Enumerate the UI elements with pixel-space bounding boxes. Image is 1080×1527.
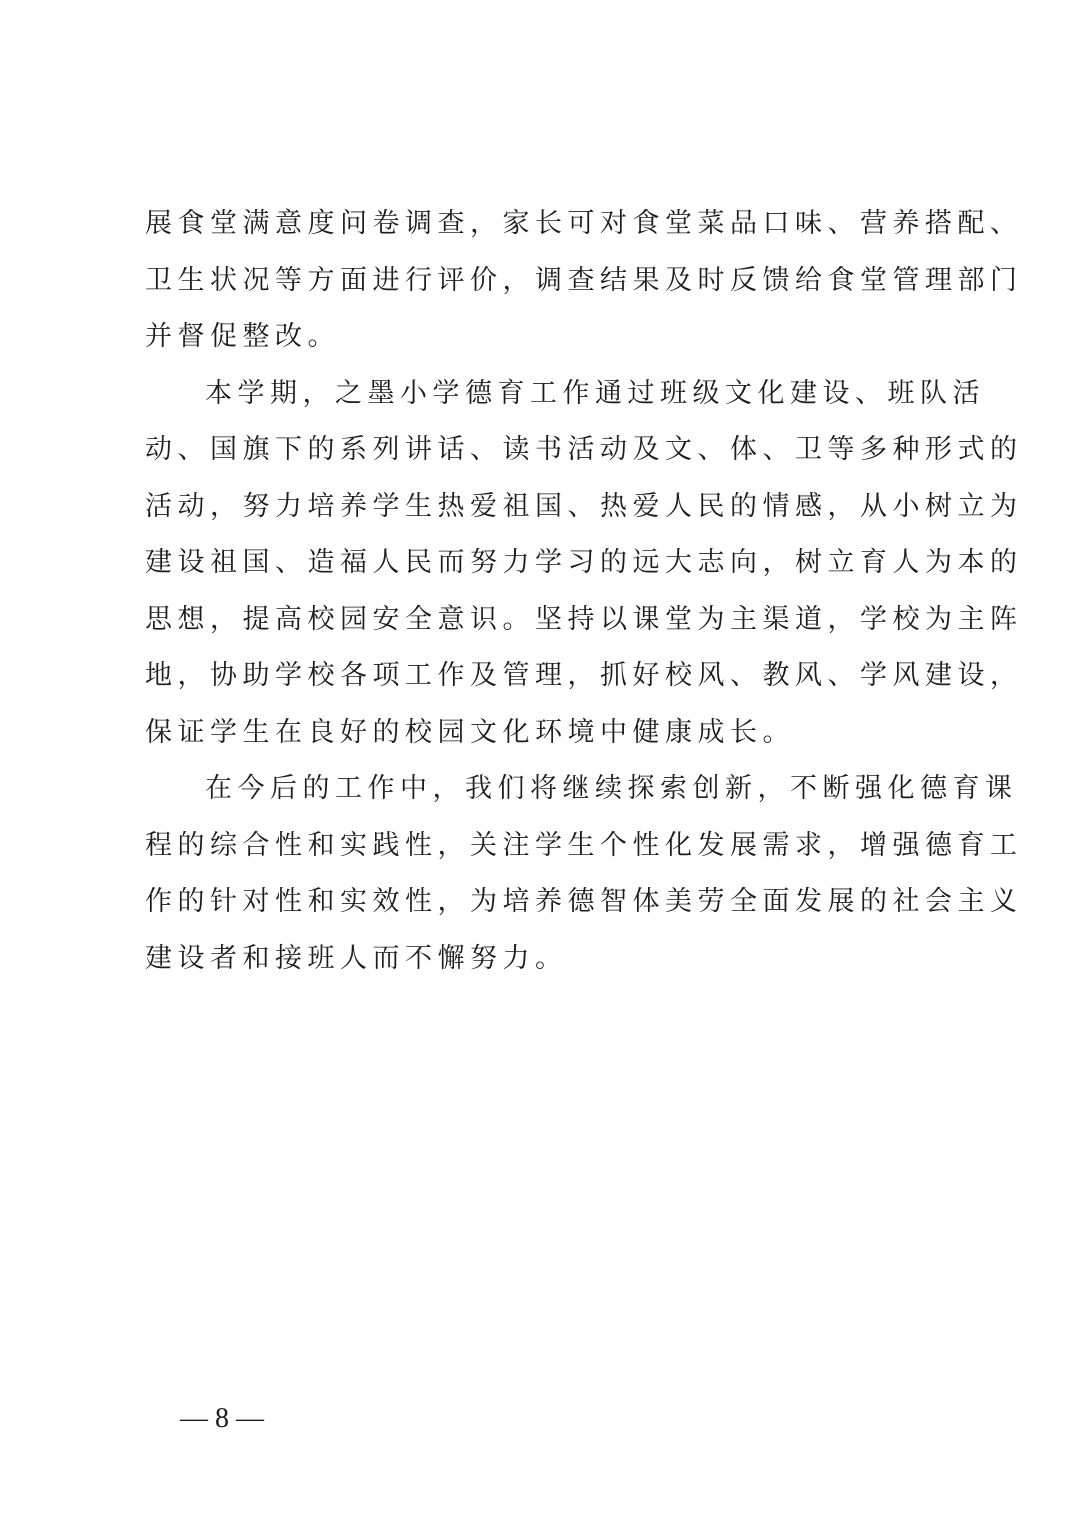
paragraph-canteen-survey: 展食堂满意度问卷调查，家长可对食堂菜品口味、营养搭配、 卫生状况等方面进行评价，…: [145, 196, 947, 366]
paragraph-future-work: 在今后的工作中，我们将继续探索创新，不断强化德育课 程的综合性和实践性，关注学生…: [145, 761, 947, 987]
text-line: 动、国旗下的系列讲话、读书活动及文、体、卫等多种形式的: [145, 422, 947, 479]
text-line: 建设者和接班人而不懈努力。: [145, 931, 947, 988]
document-page: 展食堂满意度问卷调查，家长可对食堂菜品口味、营养搭配、 卫生状况等方面进行评价，…: [0, 0, 1080, 1527]
text-line: 活动，努力培养学生热爱祖国、热爱人民的情感，从小树立为: [145, 479, 947, 536]
text-line: 保证学生在良好的校园文化环境中健康成长。: [145, 705, 947, 762]
text-line: 卫生状况等方面进行评价，调查结果及时反馈给食堂管理部门: [145, 253, 947, 310]
text-line: 并督促整改。: [145, 309, 947, 366]
text-line: 建设祖国、造福人民而努力学习的远大志向，树立育人为本的: [145, 535, 947, 592]
text-line: 地，协助学校各项工作及管理，抓好校风、教风、学风建设，: [145, 648, 947, 705]
paragraph-moral-education-summary: 本学期，之墨小学德育工作通过班级文化建设、班队活 动、国旗下的系列讲话、读书活动…: [145, 366, 947, 762]
document-body: 展食堂满意度问卷调查，家长可对食堂菜品口味、营养搭配、 卫生状况等方面进行评价，…: [145, 196, 947, 987]
text-line: 程的综合性和实践性，关注学生个性化发展需求，增强德育工: [145, 818, 947, 875]
page-number: — 8 —: [180, 1403, 264, 1435]
text-line: 思想，提高校园安全意识。坚持以课堂为主渠道，学校为主阵: [145, 592, 947, 649]
text-line: 在今后的工作中，我们将继续探索创新，不断强化德育课: [145, 761, 947, 818]
text-line: 本学期，之墨小学德育工作通过班级文化建设、班队活: [145, 366, 947, 423]
text-line: 作的针对性和实效性，为培养德智体美劳全面发展的社会主义: [145, 874, 947, 931]
text-line: 展食堂满意度问卷调查，家长可对食堂菜品口味、营养搭配、: [145, 196, 947, 253]
